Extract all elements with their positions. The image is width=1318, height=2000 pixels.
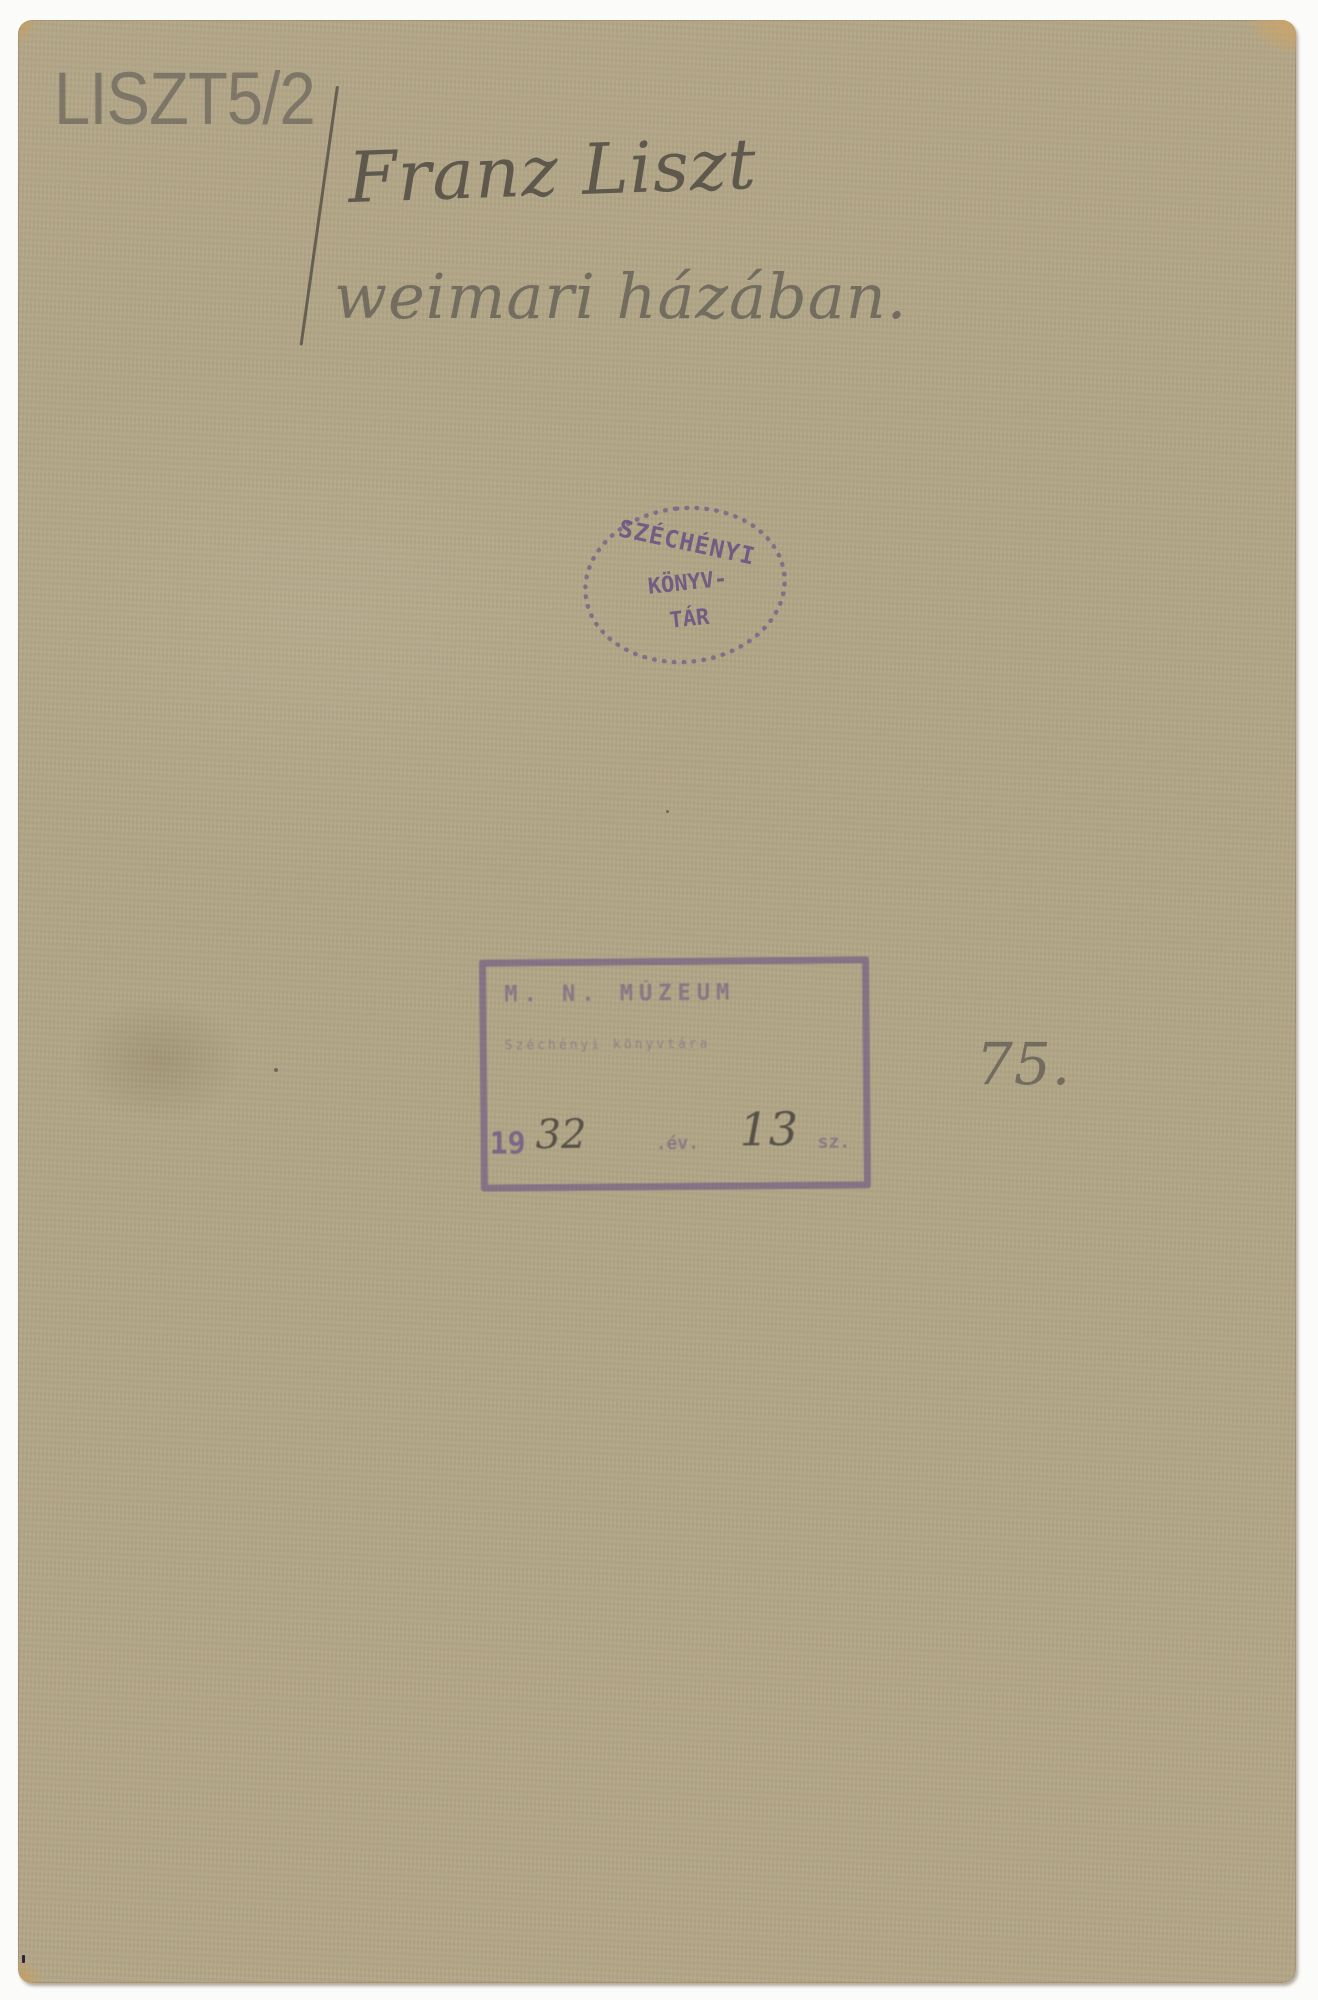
speck <box>22 1955 25 1963</box>
corner-wear <box>1248 20 1296 54</box>
accession-ev-label: .év. <box>656 1133 700 1154</box>
accession-stamp: M. N. MÚZEUM Széchényi könyvtára 19 32 .… <box>479 956 871 1191</box>
pencil-number: 75. <box>976 1030 1071 1098</box>
library-stamp-round: SZÉCHÉNYI KÖNYV- TÁR <box>575 496 794 674</box>
speck <box>666 810 669 813</box>
accession-sz-label: sz. <box>818 1131 851 1152</box>
accession-stamp-prefix: 19 <box>489 1126 525 1161</box>
handwritten-title-line2: weimari házában. <box>334 260 907 333</box>
accession-stamp-line1: M. N. MÚZEUM <box>504 980 735 1007</box>
accession-year: 32 <box>535 1112 586 1158</box>
stamp-middle-text: KÖNYV- <box>647 567 729 600</box>
stamp-arc-text: SZÉCHÉNYI <box>616 514 758 570</box>
accession-stamp-line2: Széchényi könyvtára <box>505 1037 711 1054</box>
stamp-bottom-text: TÁR <box>668 605 710 634</box>
card-verso: LISZT5/2 Franz Liszt weimari házában. SZ… <box>18 20 1296 1983</box>
catalog-mark: LISZT5/2 <box>54 56 315 141</box>
corner-wear <box>18 20 38 44</box>
speck <box>274 1068 278 1072</box>
accession-number: 13 <box>739 1102 798 1157</box>
handwritten-title-line1: Franz Liszt <box>347 123 758 219</box>
